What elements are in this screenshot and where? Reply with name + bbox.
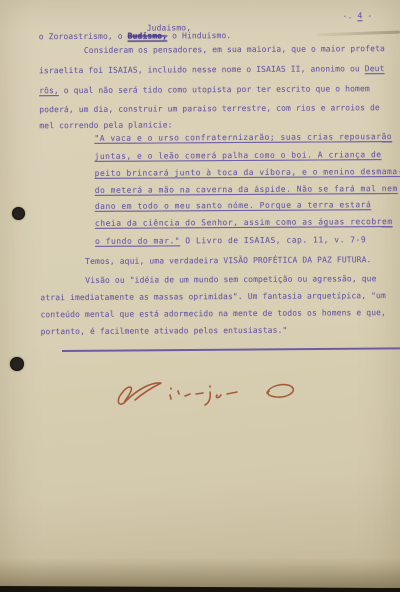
text-line: poderá, um dia, construir um paraiso ter… [39,103,380,115]
text-segment: juntas, e o leão comerá palha como o boi… [94,150,381,161]
text-segment: -. [343,11,358,20]
text-line: israelita foi ISAIAS, incluido nesse nom… [39,64,385,76]
text-segment: conteúdo mental que está adormecido na m… [40,308,386,319]
text-line: o Zoroastrismo, o Budismo, o Hinduismo. [39,31,232,42]
page-bottom-shadow [0,558,400,588]
document-page: -. 4 -Judaismo,o Zoroastrismo, o Budismo… [0,0,400,592]
text-segment: Budismo, [128,31,168,40]
text-segment: Deut [365,64,385,73]
text-segment: o Hinduismo. [167,31,231,40]
text-segment: israelita foi ISAIAS, incluido nesse nom… [39,64,365,75]
text-segment: poderá, um dia, construir um paraiso ter… [39,103,380,114]
text-line: Consideram os pensadores, em sua maioria… [84,44,385,56]
text-line: mel correndo pela planicie: [39,120,172,131]
text-segment: o Zoroastrismo, o [39,32,128,42]
text-segment: - [362,11,372,20]
text-line: rôs, o qual não será tido como utopista … [39,84,370,96]
quote-line: o fundo do mar." O Livro de ISAIAS, cap.… [95,235,366,247]
typewritten-text: -. 4 -Judaismo,o Zoroastrismo, o Budismo… [0,0,400,592]
text-segment: atrai imediatamente as massas oprimidas"… [40,291,386,302]
quote-line: peito brincará junto à toca da víbora, e… [95,167,400,179]
text-line: conteúdo mental que está adormecido na m… [40,308,386,320]
text-line: atrai imediatamente as massas oprimidas"… [40,291,386,303]
page-number: -. 4 - [343,11,373,21]
text-segment: peito brincará junto à toca da víbora, e… [95,167,400,178]
text-segment: Visão ou "idéia de um mundo sem competiç… [85,274,376,285]
text-line: portanto, é facilmente ativado pelos ent… [41,326,288,338]
text-segment: o qual não será tido como utopista por t… [59,84,370,95]
quote-line: "A vaca e o urso confraternizarão; suas … [94,132,392,144]
text-segment: dano em todo o meu santo nóme. Porque a … [95,200,372,211]
quote-line: do meterá a mão na caverna da áspide. Nã… [95,184,398,196]
scan-edge-bottom [0,586,400,592]
text-segment: mel correndo pela planicie: [39,120,172,130]
hole-punch-bottom [10,357,24,371]
quote-line: juntas, e o leão comerá palha como o boi… [94,150,381,162]
quote-line: cheia da ciência do Senhor, assim como a… [95,217,393,229]
text-segment: Temos, aqui, uma verdadeira VISÃO PROFÉT… [85,255,371,266]
scanned-document: -. 4 -Judaismo,o Zoroastrismo, o Budismo… [0,0,400,592]
text-line: Temos, aqui, uma verdadeira VISÃO PROFÉT… [85,255,371,267]
text-segment: Consideram os pensadores, em sua maioria… [84,44,385,55]
hole-punch-top [12,207,25,220]
text-segment: cheia da ciência do Senhor, assim como a… [95,217,393,228]
text-segment: o fundo do mar." [95,236,180,246]
text-segment: portanto, é facilmente ativado pelos ent… [41,326,288,337]
quote-line: dano em todo o meu santo nóme. Porque a … [95,200,372,212]
signature [115,370,305,415]
text-segment: do meterá a mão na caverna da áspide. Nã… [95,184,398,195]
text-segment: O Livro de ISAIAS, cap. 11, v. 7-9 [180,235,366,245]
text-line: Visão ou "idéia de um mundo sem competiç… [85,274,376,286]
text-segment: "A vaca e o urso confraternizarão; suas … [94,132,392,143]
text-segment: rôs, [39,86,59,95]
